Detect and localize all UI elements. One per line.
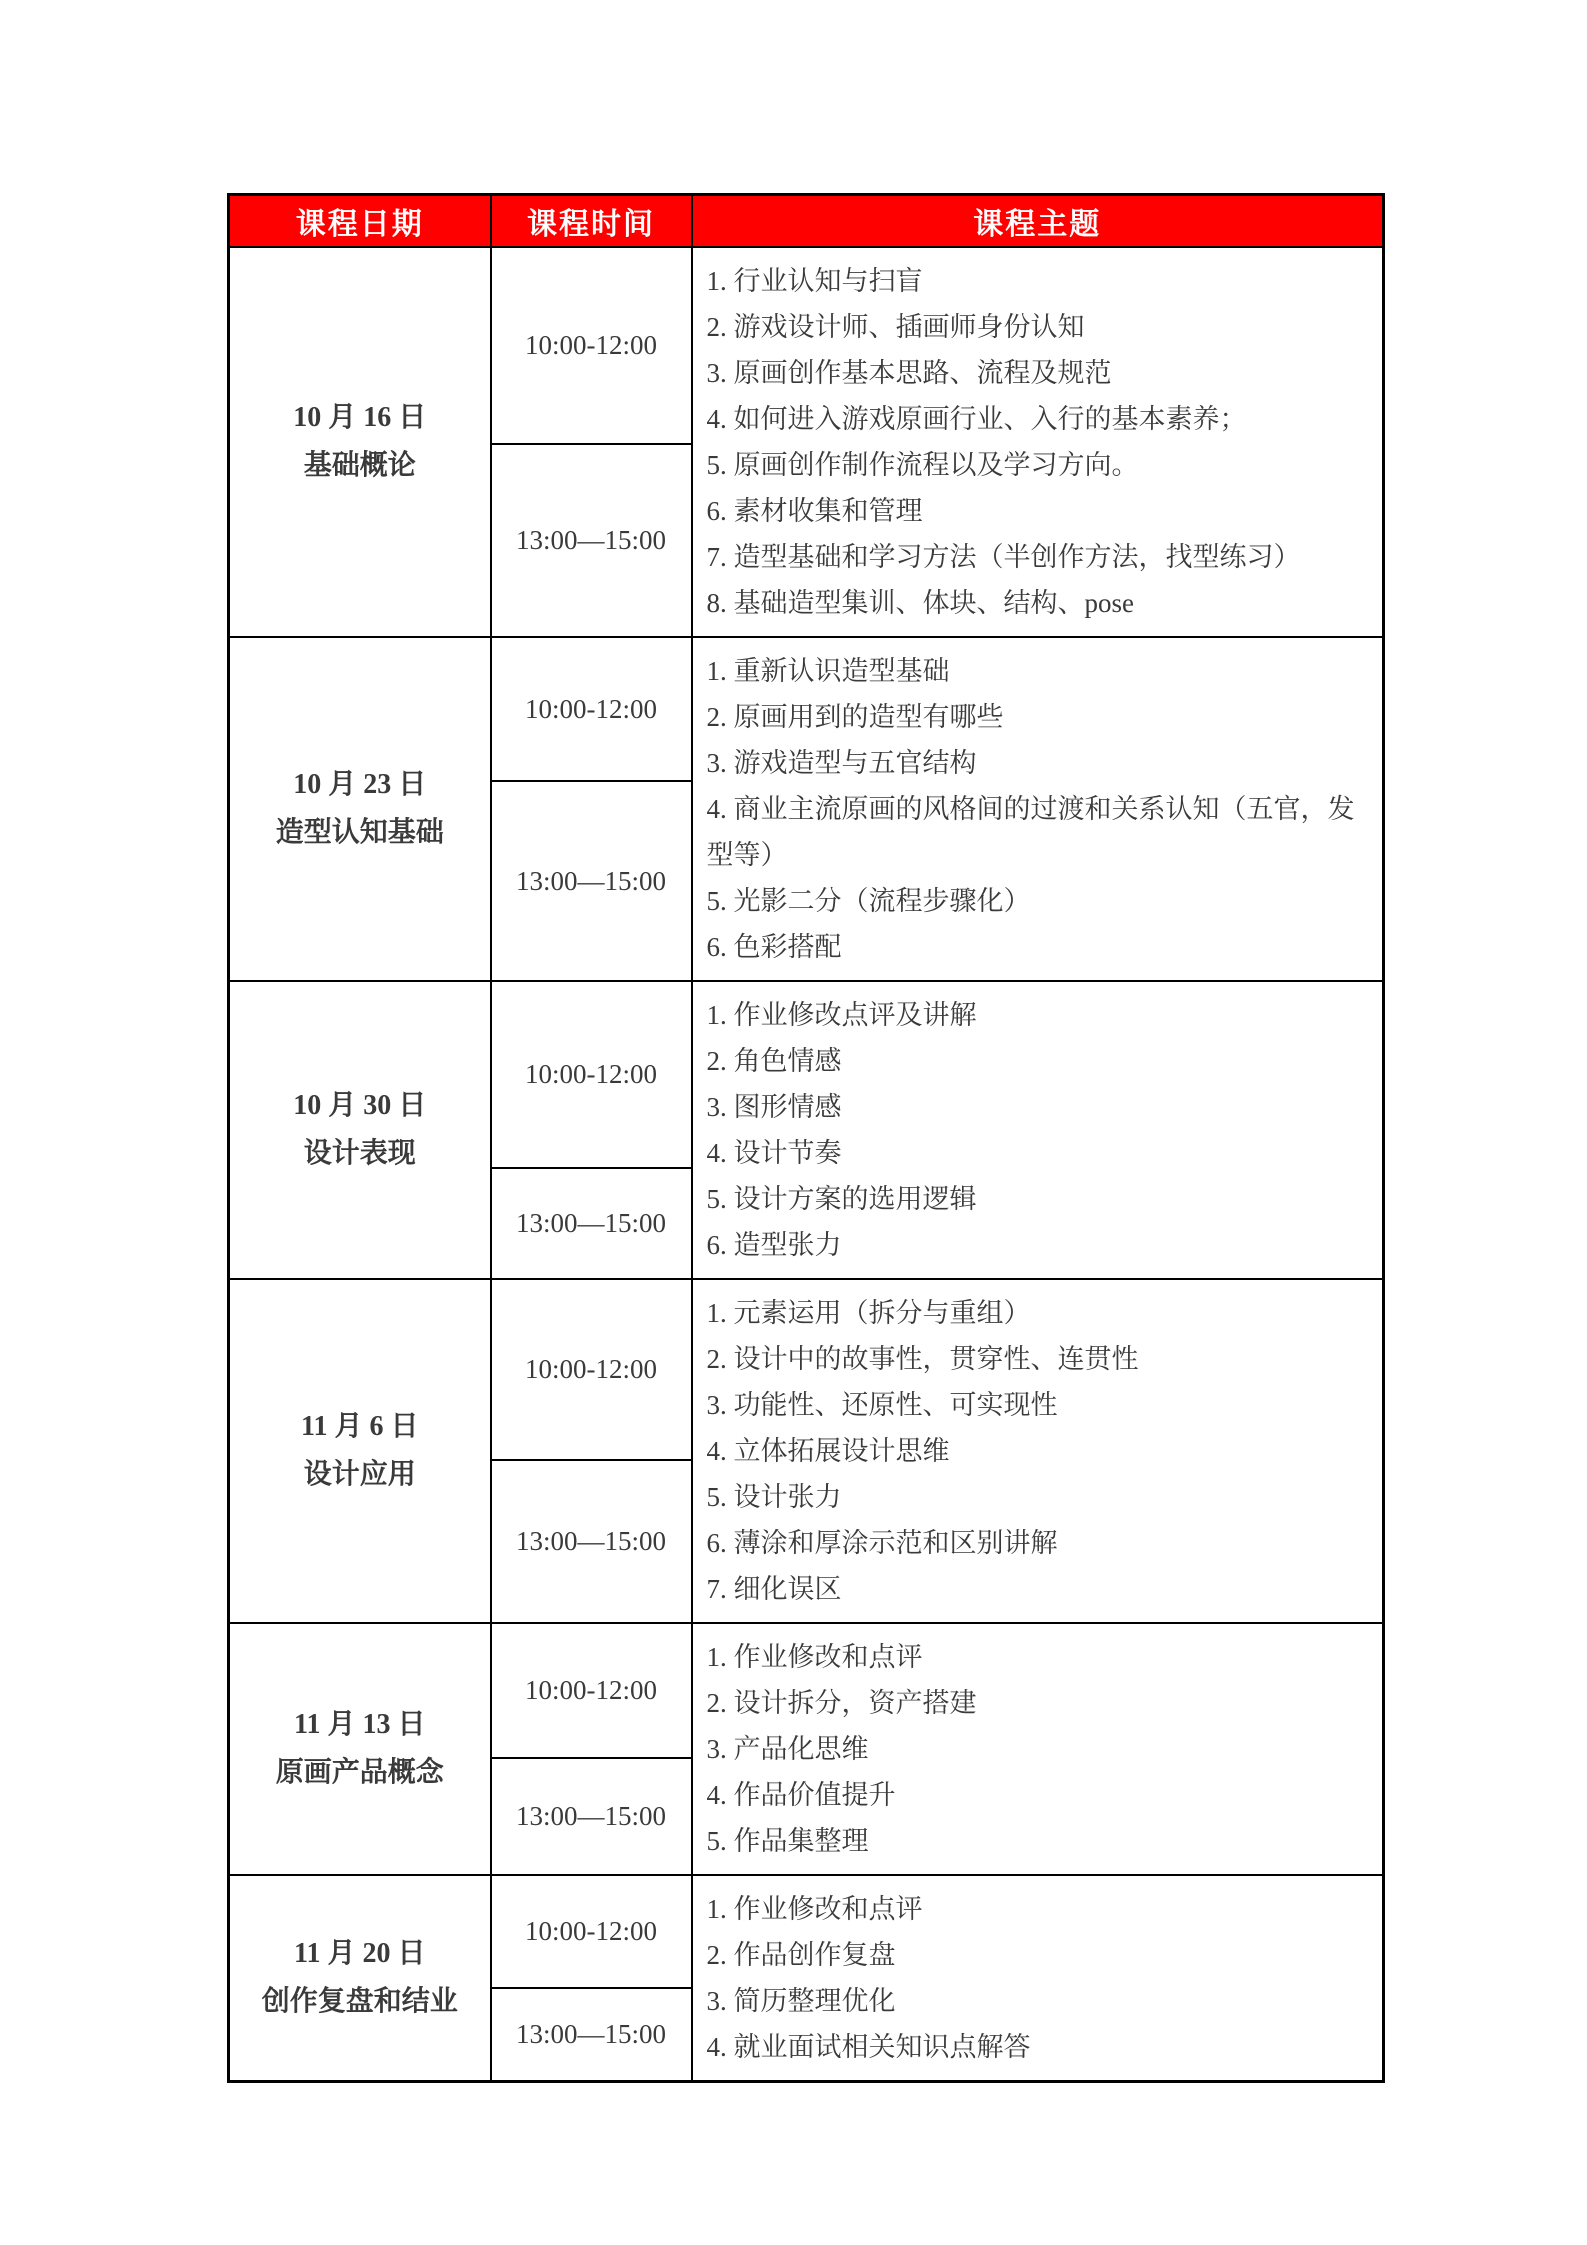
topic-item: 1. 作业修改和点评 (707, 1634, 1369, 1680)
topic-item: 5. 作品集整理 (707, 1818, 1369, 1864)
date-cell: 10 月 23 日 造型认知基础 (229, 637, 491, 981)
topic-item: 3. 原画创作基本思路、流程及规范 (707, 350, 1369, 396)
topic-item: 6. 色彩搭配 (707, 924, 1369, 970)
time-cell-afternoon: 13:00—15:00 (491, 781, 692, 981)
topic-item: 3. 图形情感 (707, 1084, 1369, 1130)
topics-cell: 1. 作业修改和点评 2. 设计拆分，资产搭建 3. 产品化思维 4. 作品价值… (692, 1623, 1384, 1875)
time-cell-morning: 10:00-12:00 (491, 247, 692, 444)
topic-item: 4. 如何进入游戏原画行业、入行的基本素养； (707, 396, 1369, 442)
topics-cell: 1. 作业修改和点评 2. 作品创作复盘 3. 简历整理优化 4. 就业面试相关… (692, 1875, 1384, 2082)
document-page: 课程日期 课程时间 课程主题 10 月 16 日 基础概论 10:00-12:0… (0, 0, 1587, 2245)
course-subtitle: 设计表现 (230, 1130, 490, 1178)
table-row: 11 月 20 日 创作复盘和结业 10:00-12:00 1. 作业修改和点评… (229, 1875, 1384, 1988)
time-cell-morning: 10:00-12:00 (491, 981, 692, 1168)
topic-item: 2. 原画用到的造型有哪些 (707, 694, 1369, 740)
topic-item: 6. 素材收集和管理 (707, 488, 1369, 534)
table-header-row: 课程日期 课程时间 课程主题 (229, 195, 1384, 248)
table-row: 11 月 6 日 设计应用 10:00-12:00 1. 元素运用（拆分与重组）… (229, 1279, 1384, 1460)
course-subtitle: 基础概论 (230, 442, 490, 490)
topics-cell: 1. 行业认知与扫盲 2. 游戏设计师、插画师身份认知 3. 原画创作基本思路、… (692, 247, 1384, 637)
course-subtitle: 设计应用 (230, 1451, 490, 1499)
topics-cell: 1. 作业修改点评及讲解 2. 角色情感 3. 图形情感 4. 设计节奏 5. … (692, 981, 1384, 1279)
course-date: 10 月 30 日 (230, 1082, 490, 1130)
topic-item: 1. 作业修改和点评 (707, 1886, 1369, 1932)
topic-item: 5. 光影二分（流程步骤化） (707, 878, 1369, 924)
course-date: 10 月 23 日 (230, 761, 490, 809)
course-date: 11 月 13 日 (230, 1701, 490, 1749)
topic-item: 2. 设计拆分，资产搭建 (707, 1680, 1369, 1726)
course-subtitle: 原画产品概念 (230, 1749, 490, 1797)
topic-item: 6. 造型张力 (707, 1222, 1369, 1268)
topic-item: 1. 重新认识造型基础 (707, 648, 1369, 694)
table-row: 10 月 30 日 设计表现 10:00-12:00 1. 作业修改点评及讲解 … (229, 981, 1384, 1168)
course-subtitle: 创作复盘和结业 (230, 1978, 490, 2026)
time-cell-morning: 10:00-12:00 (491, 1623, 692, 1758)
time-cell-afternoon: 13:00—15:00 (491, 1168, 692, 1279)
topic-item: 5. 原画创作制作流程以及学习方向。 (707, 442, 1369, 488)
course-date: 11 月 6 日 (230, 1403, 490, 1451)
date-cell: 11 月 20 日 创作复盘和结业 (229, 1875, 491, 2082)
topic-item: 1. 元素运用（拆分与重组） (707, 1290, 1369, 1336)
date-cell: 11 月 13 日 原画产品概念 (229, 1623, 491, 1875)
time-cell-morning: 10:00-12:00 (491, 1279, 692, 1460)
topic-item: 7. 造型基础和学习方法（半创作方法，找型练习） (707, 534, 1369, 580)
topic-item: 4. 立体拓展设计思维 (707, 1428, 1369, 1474)
date-cell: 10 月 16 日 基础概论 (229, 247, 491, 637)
topic-item: 2. 作品创作复盘 (707, 1932, 1369, 1978)
table-row: 10 月 16 日 基础概论 10:00-12:00 1. 行业认知与扫盲 2.… (229, 247, 1384, 444)
topic-item: 3. 游戏造型与五官结构 (707, 740, 1369, 786)
date-cell: 10 月 30 日 设计表现 (229, 981, 491, 1279)
course-date: 11 月 20 日 (230, 1930, 490, 1978)
time-cell-afternoon: 13:00—15:00 (491, 444, 692, 638)
time-cell-afternoon: 13:00—15:00 (491, 1758, 692, 1875)
topics-cell: 1. 元素运用（拆分与重组） 2. 设计中的故事性，贯穿性、连贯性 3. 功能性… (692, 1279, 1384, 1623)
course-date: 10 月 16 日 (230, 394, 490, 442)
topic-item: 7. 细化误区 (707, 1566, 1369, 1612)
date-cell: 11 月 6 日 设计应用 (229, 1279, 491, 1623)
topics-cell: 1. 重新认识造型基础 2. 原画用到的造型有哪些 3. 游戏造型与五官结构 4… (692, 637, 1384, 981)
topic-item: 2. 设计中的故事性，贯穿性、连贯性 (707, 1336, 1369, 1382)
topic-item: 4. 商业主流原画的风格间的过渡和关系认知（五官，发型等） (707, 786, 1369, 878)
topic-item: 4. 设计节奏 (707, 1130, 1369, 1176)
header-course-date: 课程日期 (229, 195, 491, 248)
topic-item: 2. 游戏设计师、插画师身份认知 (707, 304, 1369, 350)
topic-item: 8. 基础造型集训、体块、结构、pose (707, 580, 1369, 626)
topic-item: 1. 作业修改点评及讲解 (707, 992, 1369, 1038)
course-subtitle: 造型认知基础 (230, 809, 490, 857)
topic-item: 6. 薄涂和厚涂示范和区别讲解 (707, 1520, 1369, 1566)
time-cell-afternoon: 13:00—15:00 (491, 1988, 692, 2082)
time-cell-morning: 10:00-12:00 (491, 637, 692, 781)
topic-item: 3. 简历整理优化 (707, 1978, 1369, 2024)
table-row: 11 月 13 日 原画产品概念 10:00-12:00 1. 作业修改和点评 … (229, 1623, 1384, 1758)
topic-item: 3. 产品化思维 (707, 1726, 1369, 1772)
topic-item: 5. 设计方案的选用逻辑 (707, 1176, 1369, 1222)
time-cell-morning: 10:00-12:00 (491, 1875, 692, 1988)
course-schedule-table: 课程日期 课程时间 课程主题 10 月 16 日 基础概论 10:00-12:0… (227, 193, 1385, 2083)
header-course-topic: 课程主题 (692, 195, 1384, 248)
table-row: 10 月 23 日 造型认知基础 10:00-12:00 1. 重新认识造型基础… (229, 637, 1384, 781)
time-cell-afternoon: 13:00—15:00 (491, 1460, 692, 1623)
topic-item: 3. 功能性、还原性、可实现性 (707, 1382, 1369, 1428)
topic-item: 5. 设计张力 (707, 1474, 1369, 1520)
topic-item: 1. 行业认知与扫盲 (707, 258, 1369, 304)
header-course-time: 课程时间 (491, 195, 692, 248)
topic-item: 2. 角色情感 (707, 1038, 1369, 1084)
topic-item: 4. 作品价值提升 (707, 1772, 1369, 1818)
topic-item: 4. 就业面试相关知识点解答 (707, 2024, 1369, 2070)
